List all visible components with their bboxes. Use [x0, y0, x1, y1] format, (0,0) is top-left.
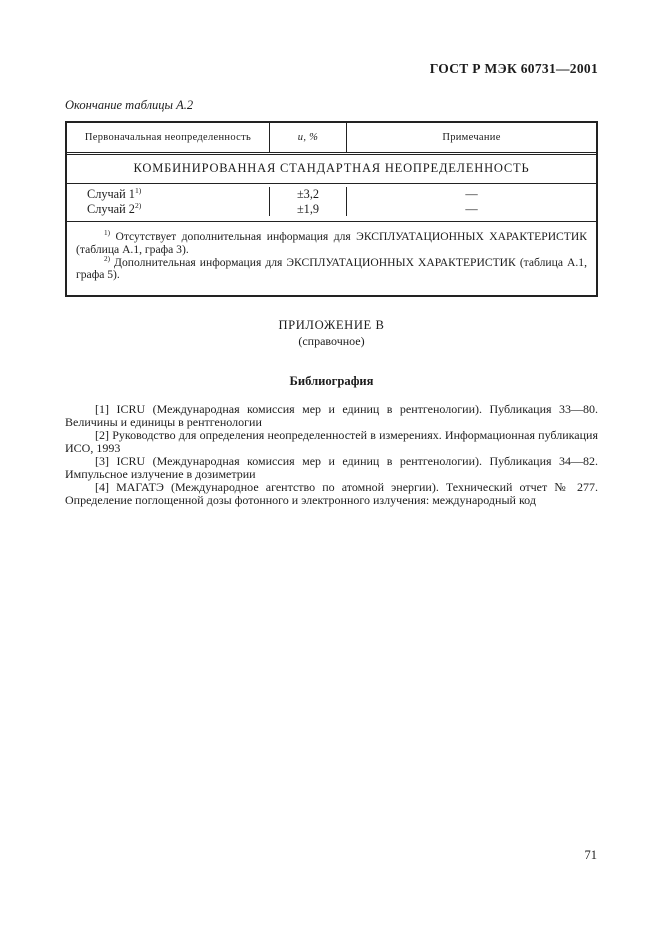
- column-header-initial-uncertainty: Первоначальная неопределенность: [67, 123, 270, 152]
- table-footnote: 1) Отсутствует дополнительная информация…: [76, 231, 587, 257]
- case-name: Случай 2: [87, 202, 135, 216]
- bibliography-item: [2] Руководство для определения неопреде…: [65, 429, 598, 455]
- case-name: Случай 1: [87, 187, 135, 201]
- table-row: Случай 11) ±3,2 —: [67, 187, 596, 202]
- footnote-ref: 2): [135, 200, 141, 209]
- page-number: 71: [585, 848, 598, 863]
- column-header-note: Примечание: [347, 123, 596, 152]
- table-section-header: КОМБИНИРОВАННАЯ СТАНДАРТНАЯ НЕОПРЕДЕЛЕНН…: [67, 155, 596, 184]
- footnote-marker: 2): [104, 255, 110, 263]
- document-page: ГОСТ Р МЭК 60731—2001 Окончание таблицы …: [0, 0, 661, 936]
- footnote-text: Дополнительная информация для ЭКСПЛУАТАЦ…: [76, 256, 587, 282]
- table-footnotes: 1) Отсутствует дополнительная информация…: [67, 222, 596, 295]
- footnote-ref: 1): [135, 186, 141, 195]
- bibliography-title: Библиография: [65, 374, 598, 389]
- note-value: —: [347, 202, 596, 217]
- bibliography-item: [4] МАГАТЭ (Международное агентство по а…: [65, 481, 598, 507]
- table-data-rows: Случай 11) ±3,2 — Случай 22) ±1,9 —: [67, 184, 596, 222]
- uncertainty-table: Первоначальная неопределенность u, % При…: [65, 121, 598, 297]
- table-row: Случай 22) ±1,9 —: [67, 202, 596, 217]
- note-value: —: [347, 187, 596, 202]
- bibliography-item: [1] ICRU (Международная комиссия мер и е…: [65, 403, 598, 429]
- case-label: Случай 22): [67, 202, 270, 217]
- appendix-subtitle: (справочное): [65, 334, 598, 349]
- table-header-row: Первоначальная неопределенность u, % При…: [67, 123, 596, 153]
- bibliography-list: [1] ICRU (Международная комиссия мер и е…: [65, 403, 598, 506]
- u-value: ±3,2: [270, 187, 347, 202]
- footnote-text: Отсутствует дополнительная информация дл…: [76, 230, 587, 256]
- standard-designation: ГОСТ Р МЭК 60731—2001: [65, 61, 598, 77]
- footnote-marker: 1): [104, 229, 110, 237]
- table-caption: Окончание таблицы А.2: [65, 98, 598, 113]
- appendix-title: ПРИЛОЖЕНИЕ В: [65, 318, 598, 333]
- table-footnote: 2) Дополнительная информация для ЭКСПЛУА…: [76, 257, 587, 283]
- bibliography-item: [3] ICRU (Международная комиссия мер и е…: [65, 455, 598, 481]
- u-value: ±1,9: [270, 202, 347, 217]
- case-label: Случай 11): [67, 187, 270, 202]
- column-header-u-percent: u, %: [270, 123, 347, 152]
